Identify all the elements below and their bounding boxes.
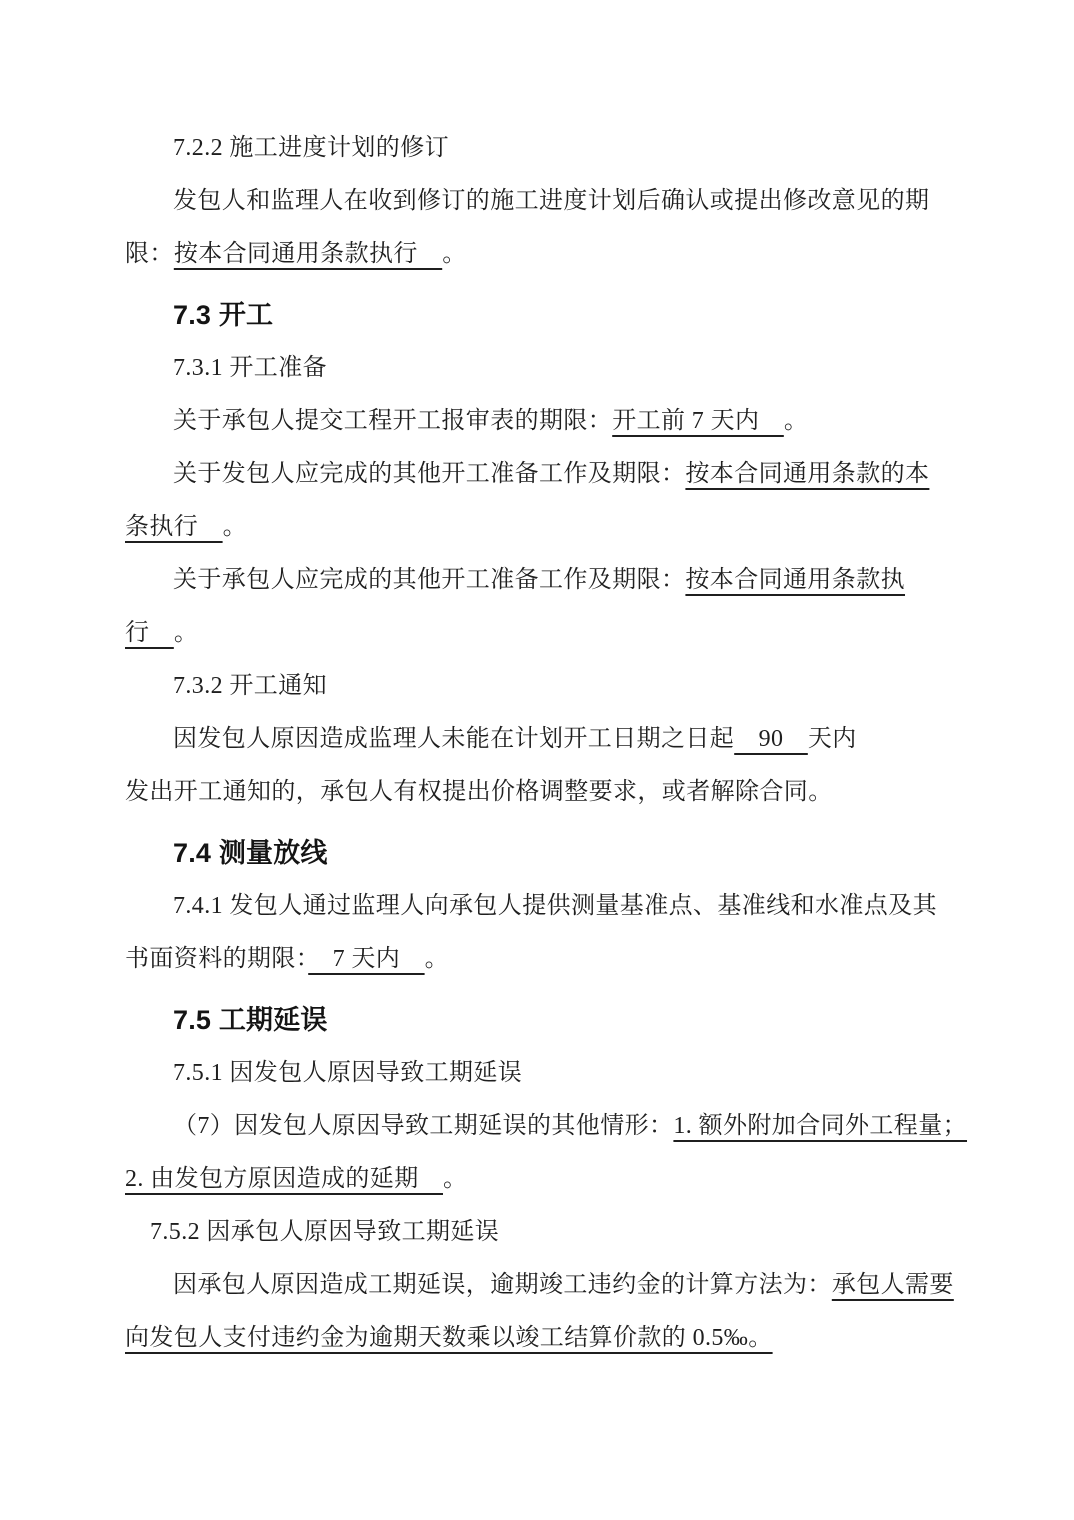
para-contractor-prep-line-2: 行 。 xyxy=(125,607,944,660)
body-text: 。 xyxy=(223,514,247,540)
subheading-7-2-2: 7.2.2 施工进度计划的修订 xyxy=(125,122,944,175)
body-text: 。 xyxy=(174,620,198,646)
para-employer-delay-line-2: 2. 由发包方原因造成的延期 。 xyxy=(125,1153,944,1206)
blank-filled-value: 按本合同通用条款执 xyxy=(685,567,905,593)
para-employer-prep-line-2: 条执行 。 xyxy=(125,501,944,554)
body-text: 限： xyxy=(125,241,174,267)
body-text: 天内 xyxy=(808,726,857,752)
heading-7-3: 7.3 开工 xyxy=(125,289,944,342)
heading-text: 7.4 测量放线 xyxy=(173,838,328,868)
para-employer-prep-line-1: 关于发包人应完成的其他开工准备工作及期限：按本合同通用条款的本 xyxy=(125,448,944,501)
heading-text: 7.3 开工 xyxy=(173,300,273,330)
body-text: 。 xyxy=(425,946,449,972)
subheading-text: 7.3.2 开工通知 xyxy=(173,673,327,699)
blank-filled-value: 条执行 xyxy=(125,514,223,540)
subheading-text: 7.2.2 施工进度计划的修订 xyxy=(173,135,449,161)
subheading-7-3-2: 7.3.2 开工通知 xyxy=(125,660,944,713)
subheading-text: 7.5.1 因发包人原因导致工期延误 xyxy=(173,1060,522,1086)
para-commencement-report: 关于承包人提交工程开工报审表的期限：开工前 7 天内 。 xyxy=(125,395,944,448)
subheading-7-3-1: 7.3.1 开工准备 xyxy=(125,342,944,395)
body-text: 。 xyxy=(443,1166,467,1192)
blank-filled-value: 按本合同通用条款的本 xyxy=(685,461,929,487)
subheading-text: 7.5.2 因承包人原因导致工期延误 xyxy=(150,1219,499,1245)
blank-filled-value: 90 xyxy=(734,726,808,752)
body-text: 。 xyxy=(442,241,466,267)
body-text: 发包人和监理人在收到修订的施工进度计划后确认或提出修改意见的期 xyxy=(173,188,929,214)
body-text: 关于承包人提交工程开工报审表的期限： xyxy=(173,408,612,434)
heading-7-4: 7.4 测量放线 xyxy=(125,827,944,880)
subheading-7-5-2: 7.5.2 因承包人原因导致工期延误 xyxy=(125,1206,944,1259)
para-commencement-notice-line-2: 发出开工通知的，承包人有权提出价格调整要求，或者解除合同。 xyxy=(125,766,944,819)
body-text: 7.4.1 发包人通过监理人向承包人提供测量基准点、基准线和水准点及其 xyxy=(173,893,937,919)
body-text: 关于发包人应完成的其他开工准备工作及期限： xyxy=(173,461,685,487)
blank-filled-value: 按本合同通用条款执行 xyxy=(174,241,442,267)
para-contractor-prep-line-1: 关于承包人应完成的其他开工准备工作及期限：按本合同通用条款执 xyxy=(125,554,944,607)
blank-filled-value: 行 xyxy=(125,620,174,646)
para-schedule-revision-line-1: 发包人和监理人在收到修订的施工进度计划后确认或提出修改意见的期 xyxy=(125,175,944,228)
blank-filled-value: 7 天内 xyxy=(308,946,424,972)
para-employer-delay-line-1: （7）因发包人原因导致工期延误的其他情形：1. 额外附加合同外工程量； xyxy=(125,1100,944,1153)
body-text: 因承包人原因造成工期延误，逾期竣工违约金的计算方法为： xyxy=(173,1272,832,1298)
blank-filled-value: 2. 由发包方原因造成的延期 xyxy=(125,1166,443,1192)
para-survey-line-2: 书面资料的期限： 7 天内 。 xyxy=(125,933,944,986)
blank-filled-value: 1. 额外附加合同外工程量； xyxy=(673,1113,967,1139)
body-text: 。 xyxy=(784,408,808,434)
heading-7-5: 7.5 工期延误 xyxy=(125,994,944,1047)
blank-filled-value: 开工前 7 天内 xyxy=(612,408,784,434)
blank-filled-value: 承包人需要 xyxy=(832,1272,954,1298)
body-text: 因发包人原因造成监理人未能在计划开工日期之日起 xyxy=(173,726,734,752)
subheading-text: 7.3.1 开工准备 xyxy=(173,355,327,381)
para-contractor-delay-line-2: 向发包人支付违约金为逾期天数乘以竣工结算价款的 0.5‰。 xyxy=(125,1312,944,1365)
body-text: （7）因发包人原因导致工期延误的其他情形： xyxy=(173,1113,673,1139)
body-text: 关于承包人应完成的其他开工准备工作及期限： xyxy=(173,567,685,593)
contract-document-page: 7.2.2 施工进度计划的修订 发包人和监理人在收到修订的施工进度计划后确认或提… xyxy=(0,0,1074,1520)
para-commencement-notice-line-1: 因发包人原因造成监理人未能在计划开工日期之日起 90 天内 xyxy=(125,713,944,766)
body-text: 书面资料的期限： xyxy=(125,946,308,972)
body-text: 发出开工通知的，承包人有权提出价格调整要求，或者解除合同。 xyxy=(125,779,833,805)
para-survey-line-1: 7.4.1 发包人通过监理人向承包人提供测量基准点、基准线和水准点及其 xyxy=(125,880,944,933)
para-schedule-revision-line-2: 限：按本合同通用条款执行 。 xyxy=(125,228,944,281)
para-contractor-delay-line-1: 因承包人原因造成工期延误，逾期竣工违约金的计算方法为：承包人需要 xyxy=(125,1259,944,1312)
subheading-7-5-1: 7.5.1 因发包人原因导致工期延误 xyxy=(125,1047,944,1100)
heading-text: 7.5 工期延误 xyxy=(173,1005,328,1035)
blank-filled-value: 向发包人支付违约金为逾期天数乘以竣工结算价款的 0.5‰。 xyxy=(125,1325,773,1351)
